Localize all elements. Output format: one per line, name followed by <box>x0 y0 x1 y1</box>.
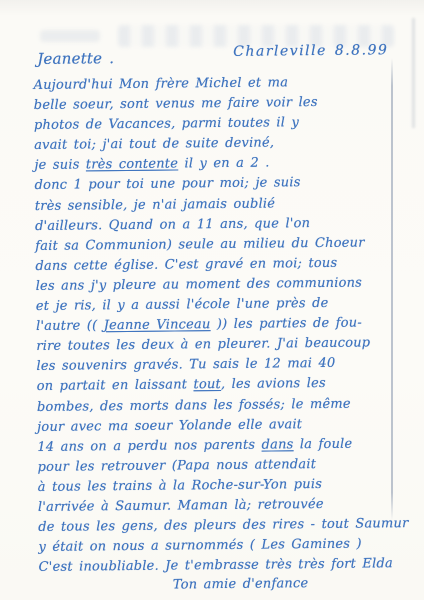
letter-header: Jeanette . Charleville 8.8.99 <box>33 38 405 72</box>
recipient-name: Jeanette . <box>37 49 114 68</box>
paper-edge-shadow <box>412 18 415 128</box>
letter-line: fait sa Communion) seule au milieu du Ch… <box>35 233 407 257</box>
letter-line: les ans j'y pleure au moment des communi… <box>36 273 408 297</box>
letter-body: Aujourd'hui Mon frère Michel et mabelle … <box>33 72 410 578</box>
handwritten-letter: Jeanette . Charleville 8.8.99 Aujourd'hu… <box>33 38 411 596</box>
paper: Jeanette . Charleville 8.8.99 Aujourd'hu… <box>0 0 424 600</box>
signoff-line: Ton amie d'enfance <box>173 574 411 594</box>
place-and-date: Charleville 8.8.99 <box>233 42 388 60</box>
letter-scan: Jeanette . Charleville 8.8.99 Aujourd'hu… <box>0 0 424 600</box>
ink-bleedthrough <box>40 30 100 42</box>
